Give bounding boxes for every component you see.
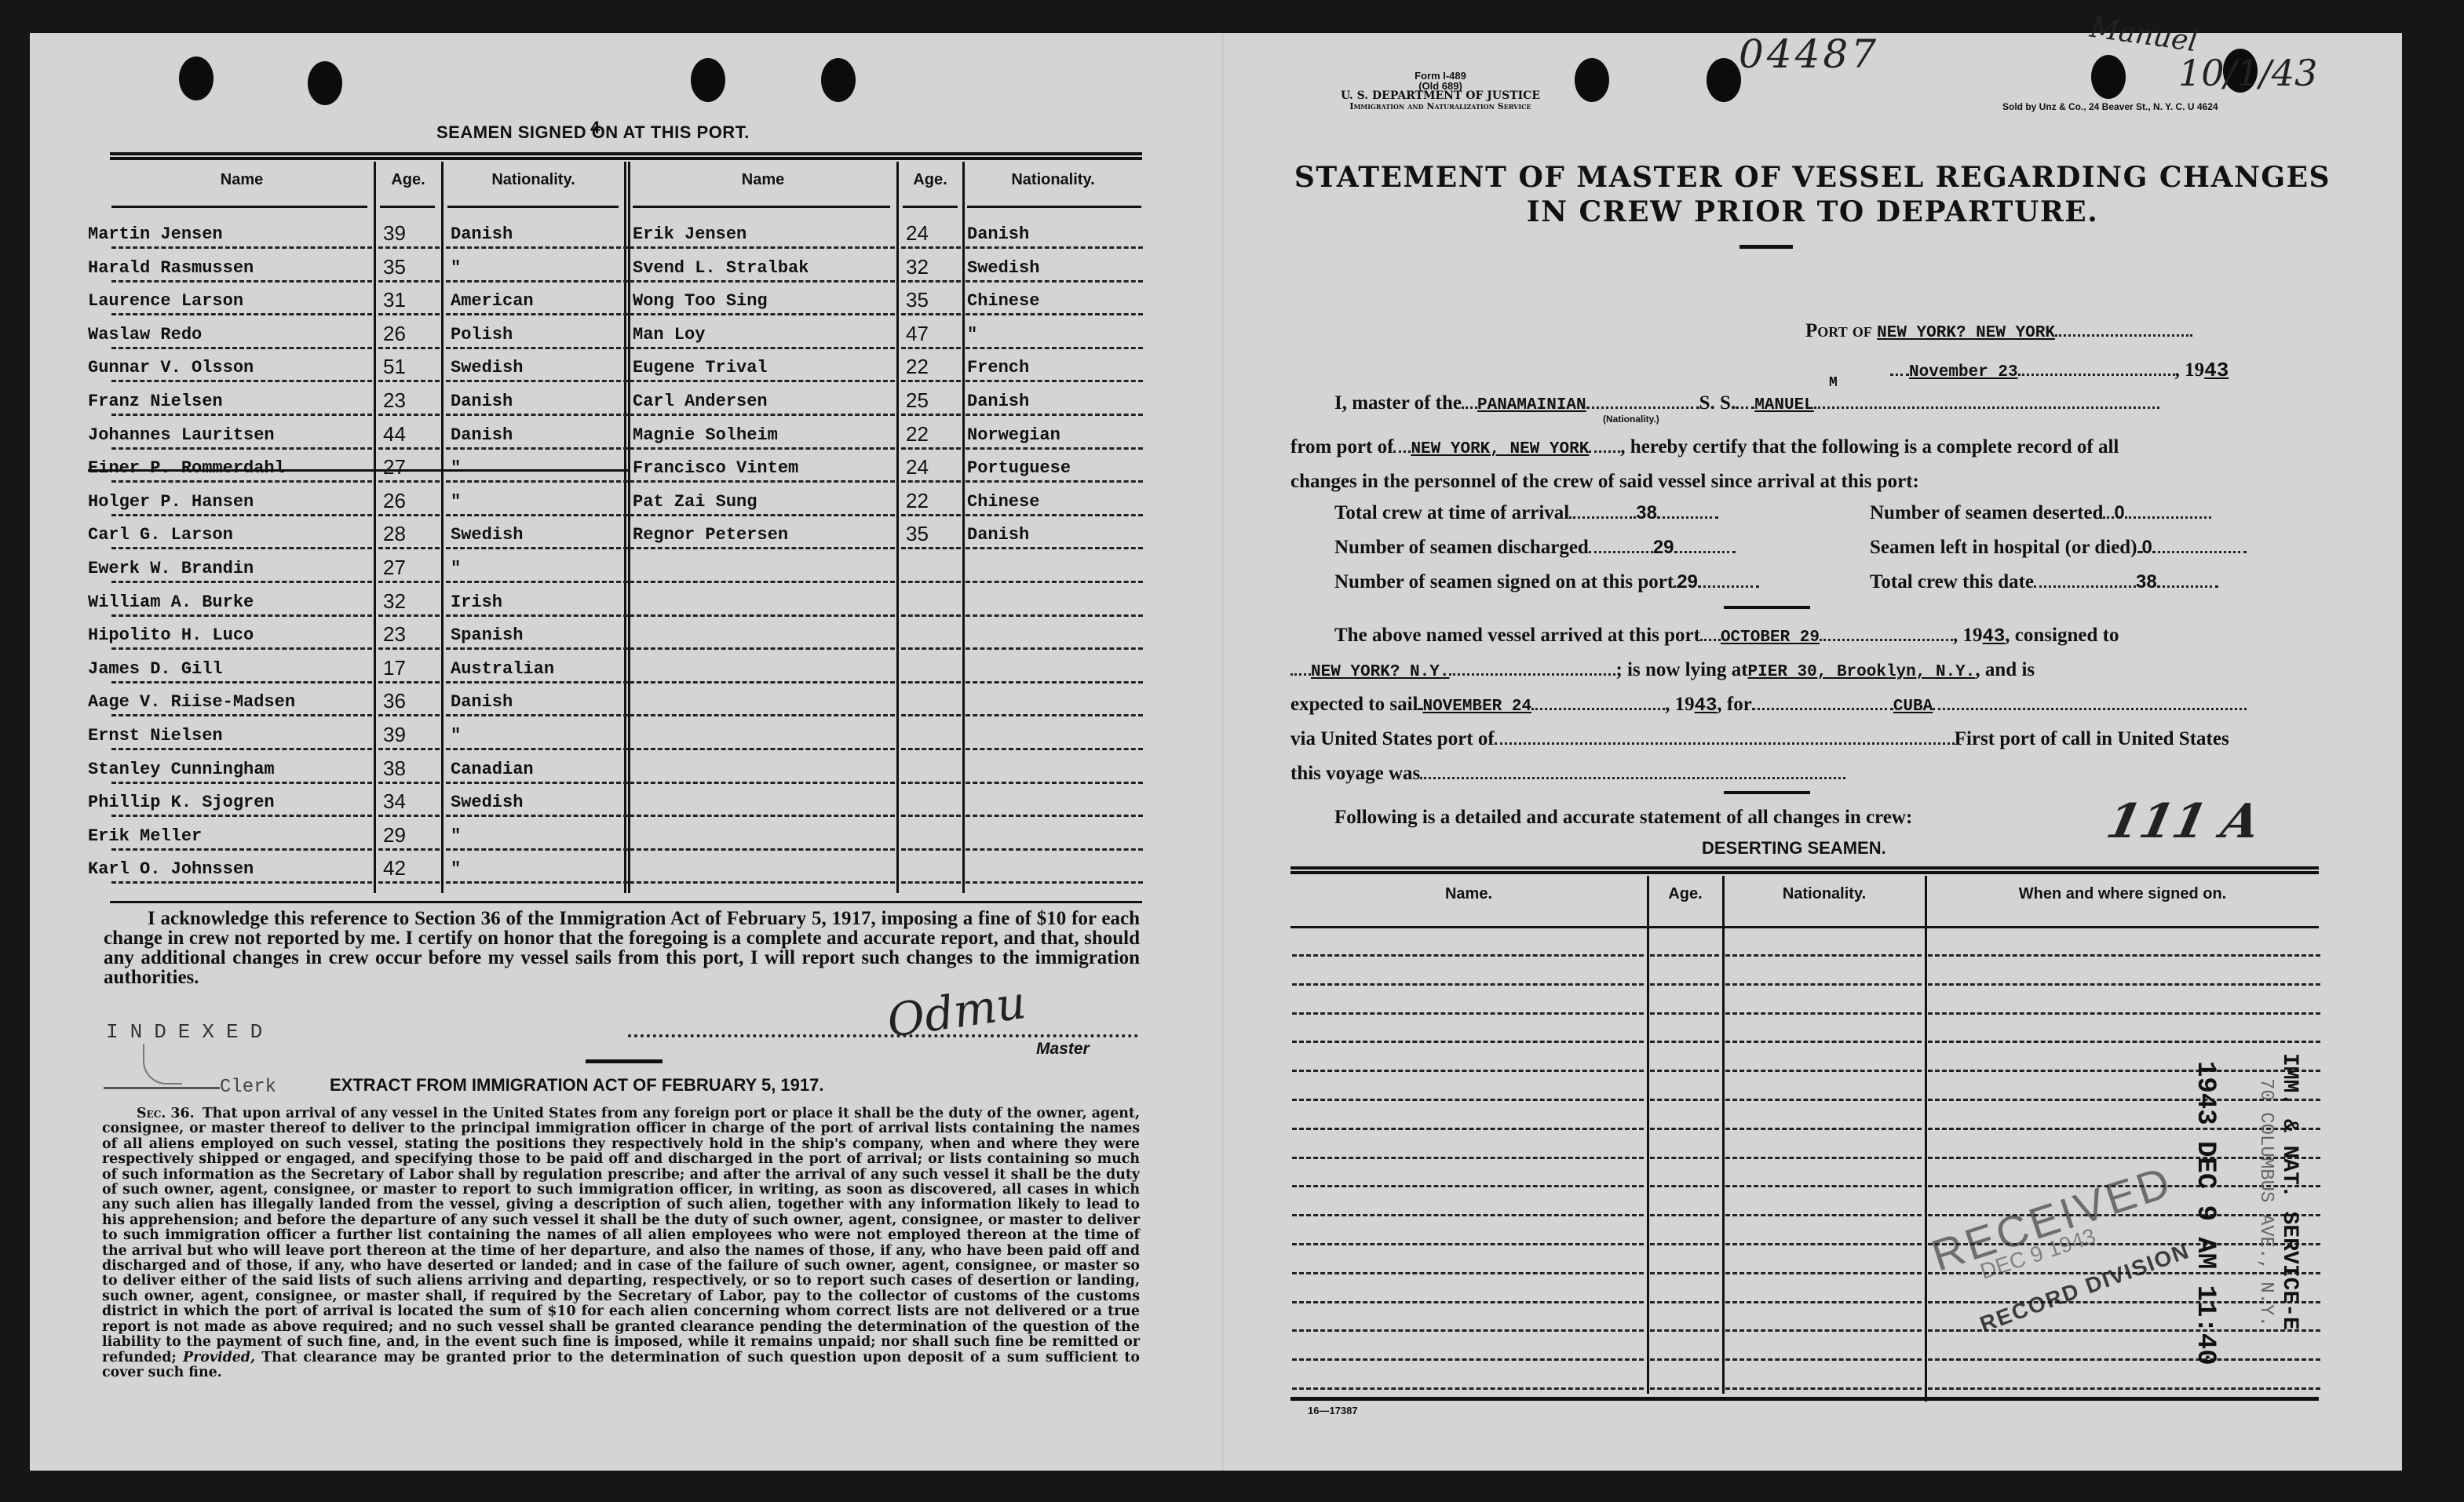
- seaman-nationality: Swedish: [451, 793, 523, 812]
- table-row: [1292, 1041, 2320, 1069]
- seaman-nationality: Canadian: [451, 760, 534, 779]
- seaman-name: Regnor Petersen: [633, 525, 788, 545]
- clerk-line: [104, 1087, 220, 1089]
- seaman-age: 17: [383, 656, 406, 680]
- table-row: William A. Burke 32 Irish: [88, 592, 630, 625]
- seaman-name: Martin Jensen: [88, 224, 223, 244]
- via-port-field: via United States port ofFirst port of c…: [1290, 728, 2229, 750]
- service-stamp: IMM. & NAT. SERVICE-E: [2277, 1053, 2302, 1330]
- seaman-age: 47: [906, 322, 929, 346]
- seaman-age: 27: [383, 556, 406, 580]
- col-header-nationality: Nationality.: [1724, 885, 1925, 903]
- seaman-nationality: American: [451, 291, 534, 311]
- seaman-age: 24: [906, 455, 929, 479]
- table-row: [1292, 1099, 2320, 1127]
- table-row: Harald Rasmussen 35 ": [88, 258, 630, 291]
- stat-total-crew-arrival: Total crew at time of arrival38: [1334, 502, 1718, 524]
- table-row: [630, 625, 1144, 658]
- col-header-name: Name: [630, 171, 896, 189]
- seaman-age: 32: [383, 589, 406, 614]
- table-row: Eugene Trival 22 French: [630, 358, 1144, 391]
- seaman-nationality: ": [451, 258, 461, 278]
- table-row: Martin Jensen 39 Danish: [88, 224, 630, 257]
- table-row: Carl Andersen 25 Danish: [630, 392, 1144, 425]
- divider-rule: [1724, 606, 1810, 609]
- table-row: [630, 760, 1144, 793]
- date-field: November 23, 1943: [1890, 359, 2229, 382]
- table-row: Aage V. Riise-Madsen 36 Danish: [88, 692, 630, 725]
- seaman-nationality: Danish: [451, 392, 513, 411]
- acknowledgement-text: I acknowledge this reference to Section …: [104, 909, 1140, 987]
- table-row: Man Loy 47 ": [630, 325, 1144, 358]
- seaman-nationality: Danish: [451, 692, 513, 712]
- port-field: Port of NEW YORK? NEW YORK: [1805, 320, 2192, 342]
- seaman-name: Magnie Solheim: [633, 425, 778, 445]
- header-underline: [633, 206, 890, 208]
- date-year: 43: [2204, 359, 2229, 382]
- printer-credit: Sold by Unz & Co., 24 Beaver St., N. Y. …: [2002, 101, 2218, 112]
- header-underline: [447, 206, 619, 208]
- table-row: Gunnar V. Olsson 51 Swedish: [88, 358, 630, 391]
- divider-rule: [1739, 245, 1793, 249]
- seaman-name: Ewerk W. Brandin: [88, 559, 254, 578]
- extract-title: EXTRACT FROM IMMIGRATION ACT OF FEBRUARY…: [330, 1075, 823, 1096]
- col-header-nationality: Nationality.: [443, 171, 624, 189]
- col-header-signed-on: When and where signed on.: [1926, 885, 2319, 903]
- master-of-field: I, master of thePANAMAINIANS. S.MANUEL: [1334, 392, 2159, 414]
- seaman-name: Stanley Cunningham: [88, 760, 275, 779]
- strikethrough: [88, 469, 630, 472]
- deserting-table-top-rule: [1290, 866, 2319, 874]
- master-label: Master: [1036, 1040, 1090, 1059]
- seaman-name: Pat Zai Sung: [633, 492, 757, 512]
- handwritten-date: 10/1/43: [2178, 52, 2317, 94]
- seaman-name: Aage V. Riise-Madsen: [88, 692, 295, 712]
- seaman-age: 22: [906, 355, 929, 379]
- sail-field: expected to sailNOVEMBER 24, 1943, forCU…: [1290, 694, 2247, 716]
- seaman-age: 51: [383, 355, 406, 379]
- col-header-name: Name.: [1290, 885, 1647, 903]
- destination-value: CUBA: [1893, 698, 1933, 716]
- seaman-nationality: Danish: [967, 525, 1029, 545]
- seaman-name: Laurence Larson: [88, 291, 243, 311]
- table-row: Phillip K. Sjogren 34 Swedish: [88, 793, 630, 826]
- seaman-name: Holger P. Hansen: [88, 492, 254, 512]
- table-row: James D. Gill 17 Australian: [88, 659, 630, 692]
- handwritten-code: 111 A: [2102, 794, 2265, 849]
- divider-rule: [1724, 791, 1810, 794]
- time-stamp: 1943 DEC 9 AM 11:40: [2190, 1061, 2220, 1365]
- punch-hole: [308, 61, 342, 105]
- seaman-name: Ernst Nielsen: [88, 726, 223, 746]
- table-row: Hipolito H. Luco 23 Spanish: [88, 625, 630, 658]
- seaman-age: 35: [906, 522, 929, 546]
- seaman-name: James D. Gill: [88, 659, 223, 679]
- seaman-nationality: Chinese: [967, 492, 1039, 512]
- seaman-age: 34: [383, 789, 406, 814]
- table-row: [630, 726, 1144, 759]
- seaman-name: Johannes Lauritsen: [88, 425, 275, 445]
- vessel-name: MANUEL: [1754, 396, 1814, 414]
- seaman-age: 28: [383, 522, 406, 546]
- table-row: Francisco Vintem 24 Portuguese: [630, 458, 1144, 491]
- handwritten-file-number: 04487: [1739, 31, 1879, 77]
- seaman-name: Francisco Vintem: [633, 458, 798, 478]
- seaman-nationality: Spanish: [451, 625, 523, 645]
- table-row: [630, 659, 1144, 692]
- from-port-value: NEW YORK, NEW YORK: [1411, 440, 1589, 458]
- signature-line: [628, 1034, 1138, 1037]
- col-header-nationality: Nationality.: [964, 171, 1142, 189]
- table-row: Franz Nielsen 23 Danish: [88, 392, 630, 425]
- nationality-caption: (Nationality.): [1603, 414, 1659, 425]
- table-row: [1292, 1358, 2320, 1387]
- seaman-nationality: Irish: [451, 592, 502, 612]
- table-row: Erik Meller 29 ": [88, 826, 630, 859]
- seaman-name: Waslaw Redo: [88, 325, 202, 345]
- seaman-age: 38: [383, 756, 406, 781]
- seaman-nationality: Danish: [967, 392, 1029, 411]
- seaman-name: Carl Andersen: [633, 392, 768, 411]
- table-row: Laurence Larson 31 American: [88, 291, 630, 324]
- seaman-nationality: Polish: [451, 325, 513, 345]
- seaman-name: Harald Rasmussen: [88, 258, 254, 278]
- table-row: [630, 859, 1144, 892]
- seaman-name: Wong Too Sing: [633, 291, 768, 311]
- extract-section: Sec. 36.: [137, 1106, 195, 1121]
- changes-intro: changes in the personnel of the crew of …: [1290, 471, 1919, 493]
- stat-deserted: Number of seamen deserted0: [1870, 502, 2211, 524]
- table-row: [1292, 1012, 2320, 1041]
- table-row: Ewerk W. Brandin 27 ": [88, 559, 630, 592]
- table-row: Holger P. Hansen 26 ": [88, 492, 630, 525]
- seaman-age: 24: [906, 221, 929, 246]
- seaman-age: 23: [383, 622, 406, 647]
- voyage-field: this voyage was: [1290, 763, 1845, 785]
- table-row: Waslaw Redo 26 Polish: [88, 325, 630, 358]
- lying-value: PIER 30, Brooklyn, N.Y.: [1748, 663, 1976, 681]
- seaman-age: 42: [383, 856, 406, 880]
- sail-value: NOVEMBER 24: [1422, 698, 1531, 716]
- seaman-nationality: Chinese: [967, 291, 1039, 311]
- header-underline: [111, 206, 367, 208]
- table-row: [1292, 1387, 2320, 1416]
- seaman-age: 23: [383, 388, 406, 413]
- date-value: November 23: [1909, 363, 2018, 381]
- seaman-age: 22: [906, 422, 929, 447]
- table-row: Regnor Petersen 35 Danish: [630, 525, 1144, 558]
- seaman-name: Karl O. Johnssen: [88, 859, 254, 879]
- punch-hole: [691, 58, 725, 102]
- seaman-name: Franz Nielsen: [88, 392, 223, 411]
- seaman-age: 39: [383, 221, 406, 246]
- seaman-nationality: ": [451, 826, 461, 846]
- table-row: [630, 826, 1144, 859]
- section-title: SEAMEN SIGNED ON AT THIS PORT.: [436, 122, 750, 143]
- seaman-nationality: Norwegian: [967, 425, 1060, 445]
- seaman-nationality: French: [967, 358, 1029, 377]
- header-underline: [1290, 926, 2319, 928]
- seaman-nationality: Australian: [451, 659, 554, 679]
- form-title: STATEMENT OF MASTER OF VESSEL REGARDING …: [1290, 160, 2334, 229]
- stat-signed-on: Number of seamen signed on at this port2…: [1334, 571, 1759, 593]
- table-bottom-rule: [110, 901, 1142, 903]
- header-underline: [380, 206, 435, 208]
- col-header-name: Name: [110, 171, 374, 189]
- stat-discharged: Number of seamen discharged29: [1334, 537, 1736, 559]
- table-row: Ernst Nielsen 39 ": [88, 726, 630, 759]
- seaman-age: 31: [383, 288, 406, 312]
- seaman-name: Carl G. Larson: [88, 525, 233, 545]
- table-row: Carl G. Larson 28 Swedish: [88, 525, 630, 558]
- stat-hospital: Seamen left in hospital (or died)0: [1870, 537, 2247, 559]
- table-row: Johannes Lauritsen 44 Danish: [88, 425, 630, 458]
- from-port-field: from port ofNEW YORK, NEW YORK, hereby c…: [1290, 436, 2119, 458]
- col-header-age: Age.: [898, 171, 962, 189]
- arrival-value: OCTOBER 29: [1721, 629, 1820, 647]
- seaman-age: 27: [383, 455, 406, 479]
- table-row: Magnie Solheim 22 Norwegian: [630, 425, 1144, 458]
- seaman-nationality: ": [451, 559, 461, 578]
- header-underline: [903, 206, 958, 208]
- table-row: [630, 592, 1144, 625]
- seaman-name: William A. Burke: [88, 592, 254, 612]
- seaman-nationality: Swedish: [451, 358, 523, 377]
- seaman-nationality: Portuguese: [967, 458, 1071, 478]
- seaman-age: 36: [383, 689, 406, 713]
- arrival-field: The above named vessel arrived at this p…: [1334, 625, 2119, 647]
- table-row: Karl O. Johnssen 42 ": [88, 859, 630, 892]
- page-fold: [1221, 33, 1224, 1471]
- vessel-type-correction: M: [1829, 375, 1838, 391]
- seaman-nationality: ": [967, 325, 977, 345]
- seaman-name: Hipolito H. Luco: [88, 625, 254, 645]
- table-row: Stanley Cunningham 38 Canadian: [88, 760, 630, 793]
- port-value: NEW YORK? NEW YORK: [1877, 324, 2055, 342]
- table-top-rule: [110, 152, 1142, 160]
- table-row: [630, 559, 1144, 592]
- table-bottom-rule: [1290, 1397, 2319, 1401]
- consigned-field: NEW YORK? N.Y.; is now lying atPIER 30, …: [1290, 659, 2035, 681]
- seaman-name: Einer P. Rommerdahl: [88, 458, 285, 478]
- form-identifier: Form I-489 (Old 689) U. S. DEPARTMENT OF…: [1295, 71, 1586, 111]
- seaman-nationality: ": [451, 492, 461, 512]
- table-row: [1292, 983, 2320, 1012]
- seaman-nationality: Danish: [451, 425, 513, 445]
- seaman-age: 26: [383, 489, 406, 513]
- indexed-stamp: INDEXED: [106, 1020, 274, 1044]
- table-row: [630, 793, 1144, 826]
- seaman-age: 32: [906, 255, 929, 279]
- table-row: Pat Zai Sung 22 Chinese: [630, 492, 1144, 525]
- table-row: [1292, 954, 2320, 982]
- seaman-name: Gunnar V. Olsson: [88, 358, 254, 377]
- seaman-name: Svend L. Stralbak: [633, 258, 809, 278]
- seaman-name: Phillip K. Sjogren: [88, 793, 275, 812]
- seaman-name: Eugene Trival: [633, 358, 768, 377]
- stat-total-crew-date: Total crew this date38: [1870, 571, 2218, 593]
- extract-text: Sec. 36.That upon arrival of any vessel …: [102, 1106, 1140, 1380]
- seaman-age: 44: [383, 422, 406, 447]
- nationality-value: PANAMAINIAN: [1477, 396, 1586, 414]
- seaman-nationality: Swedish: [967, 258, 1039, 278]
- seaman-age: 39: [383, 723, 406, 747]
- table-row: Svend L. Stralbak 32 Swedish: [630, 258, 1144, 291]
- seaman-name: Erik Meller: [88, 826, 202, 846]
- table-row: Einer P. Rommerdahl 27 ": [88, 458, 630, 491]
- deserting-seamen-title: DESERTING SEAMEN.: [1702, 838, 1886, 859]
- table-row: [1292, 1272, 2320, 1300]
- table-row: [630, 692, 1144, 725]
- table-row: [1292, 1214, 2320, 1242]
- col-header-age: Age.: [1648, 885, 1722, 903]
- seaman-age: 35: [383, 255, 406, 279]
- consigned-value: NEW YORK? N.Y.: [1311, 663, 1449, 681]
- seaman-nationality: Swedish: [451, 525, 523, 545]
- seaman-nationality: ": [451, 859, 461, 879]
- seaman-name: Erik Jensen: [633, 224, 747, 244]
- punch-hole: [821, 58, 856, 102]
- punch-hole: [2091, 55, 2126, 99]
- divider-rule: [586, 1059, 663, 1063]
- seaman-age: 22: [906, 489, 929, 513]
- table-row: [1292, 1128, 2320, 1156]
- seaman-age: 25: [906, 388, 929, 413]
- table-row: Erik Jensen 24 Danish: [630, 224, 1144, 257]
- form-number: 16—17387: [1308, 1405, 1358, 1416]
- header-underline: [967, 206, 1141, 208]
- table-row: Wong Too Sing 35 Chinese: [630, 291, 1144, 324]
- seaman-age: 26: [383, 322, 406, 346]
- seaman-age: 29: [383, 823, 406, 848]
- punch-hole: [179, 57, 214, 100]
- table-row: [1292, 1070, 2320, 1098]
- seaman-nationality: Danish: [967, 224, 1029, 244]
- punch-hole: [1707, 58, 1741, 102]
- changes-statement-label: Following is a detailed and accurate sta…: [1334, 807, 1912, 829]
- clerk-label: Clerk: [220, 1077, 276, 1098]
- address-stamp: 70 COLUMBUS AVE., N.Y.: [2255, 1078, 2276, 1327]
- seaman-name: Man Loy: [633, 325, 705, 345]
- table-row: [1292, 1301, 2320, 1329]
- col-header-age: Age.: [375, 171, 441, 189]
- seaman-nationality: Danish: [451, 224, 513, 244]
- table-row: [1292, 1329, 2320, 1358]
- seaman-nationality: ": [451, 458, 461, 478]
- seaman-nationality: ": [451, 726, 461, 746]
- seaman-age: 35: [906, 288, 929, 312]
